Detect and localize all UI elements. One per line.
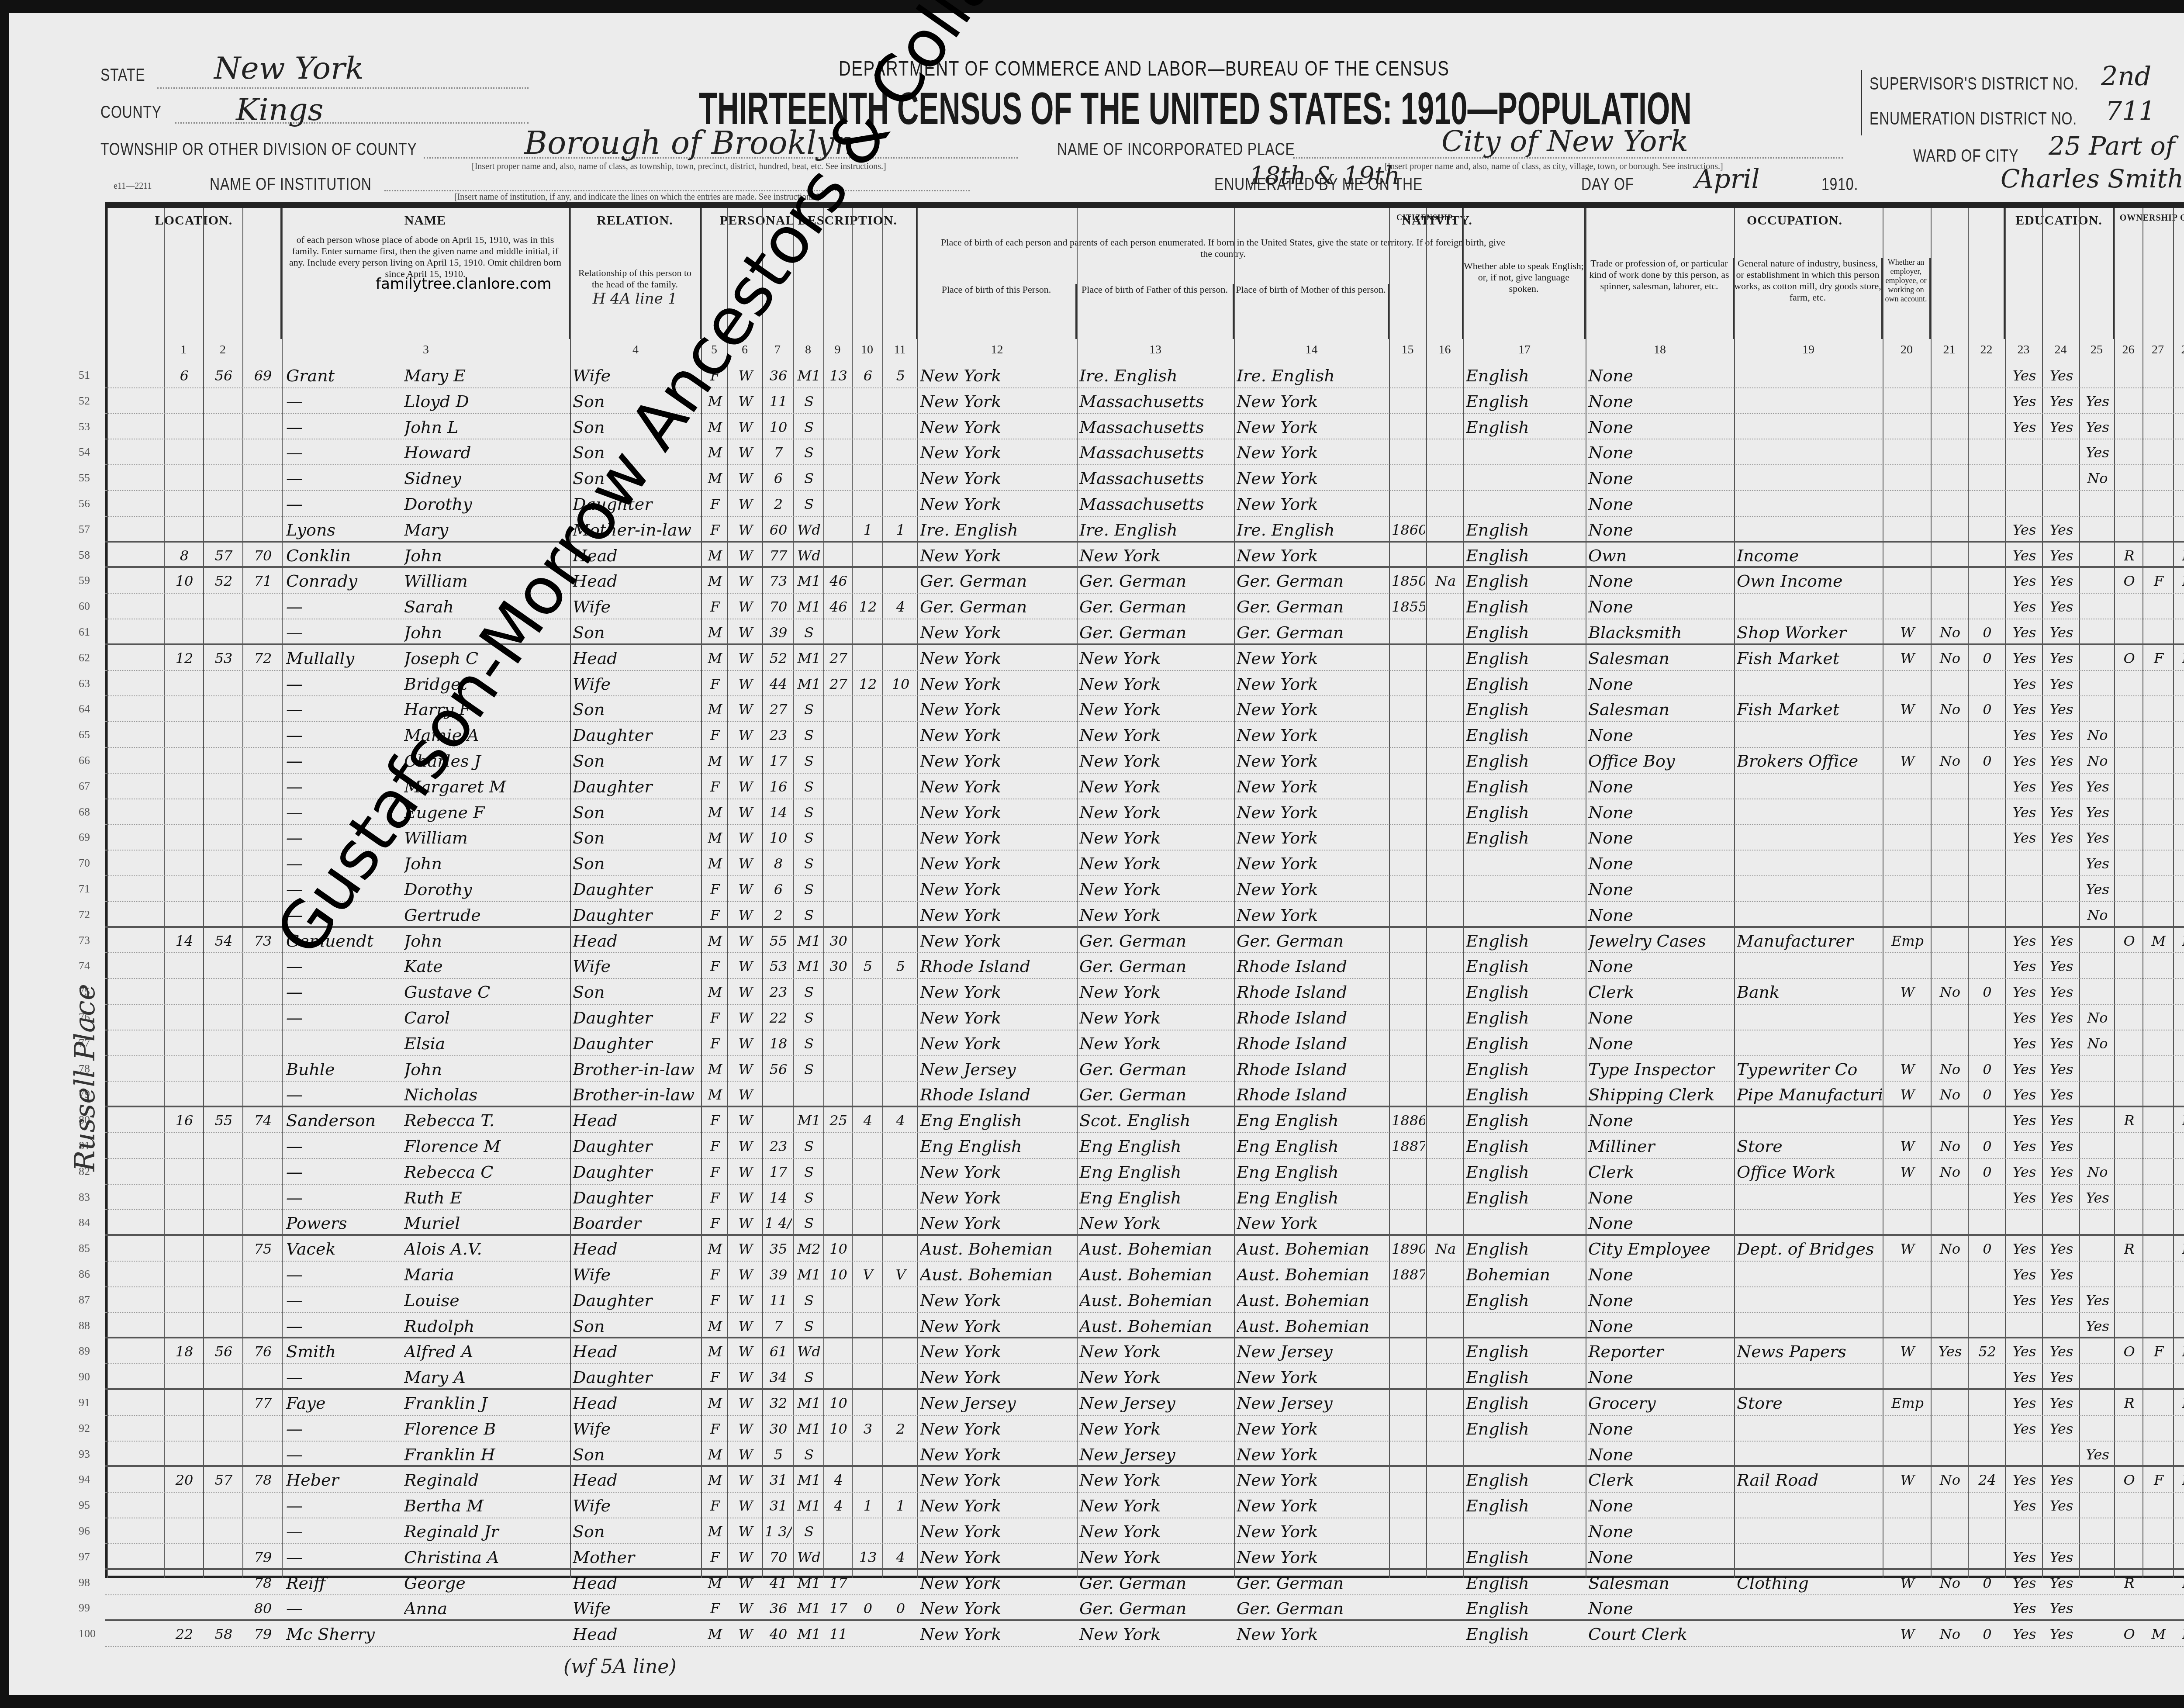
years-married-cell — [826, 544, 851, 567]
immig-cell — [1392, 1418, 1425, 1440]
born-cell: 5 — [854, 955, 881, 978]
house-cell — [166, 826, 202, 849]
farm-cell — [2176, 441, 2184, 464]
line-number: 98 — [79, 1576, 90, 1589]
own-cell — [2117, 878, 2142, 901]
column-number: 14 — [1234, 343, 1389, 357]
pob-father-cell: New York — [1079, 1418, 1233, 1440]
marital-cell: S — [795, 981, 822, 1003]
free-cell — [2145, 1083, 2172, 1106]
surname-cell: — — [286, 981, 400, 1003]
write-cell — [2045, 1212, 2078, 1234]
pob-mother-cell: New York — [1237, 1469, 1388, 1491]
pob-mother-cell: New York — [1237, 801, 1388, 824]
industry-cell: News Papers — [1737, 1340, 1882, 1363]
immig-cell — [1392, 904, 1425, 927]
school-cell — [2082, 493, 2113, 515]
table-row: 7171—DorothyDaughterFW6SNew YorkNew York… — [105, 876, 2184, 902]
family-cell — [245, 390, 281, 413]
age-cell: 2 — [765, 904, 792, 927]
read-cell: Yes — [2008, 1392, 2041, 1414]
trade-cell: Office Boy — [1588, 750, 1733, 772]
family-cell — [245, 1058, 281, 1081]
house-cell — [166, 750, 202, 772]
trade-cell: None — [1588, 1520, 1733, 1543]
trade-cell: None — [1588, 852, 1733, 875]
house-cell: 16 — [166, 1109, 202, 1132]
school-cell — [2082, 1623, 2113, 1646]
years-married-cell: 10 — [826, 1263, 851, 1286]
family-cell: 72 — [245, 647, 281, 670]
pob-cell: Rhode Island — [920, 955, 1076, 978]
pob-father-cell: Ger. German — [1079, 621, 1233, 644]
given-name-cell: Alfred A — [404, 1340, 566, 1363]
born-cell: 13 — [854, 1546, 881, 1569]
read-cell: Yes — [2008, 1469, 2041, 1491]
out-cell: No — [1933, 981, 1967, 1003]
write-cell: Yes — [2045, 826, 2078, 849]
family-cell — [245, 1520, 281, 1543]
surname-cell: Powers — [286, 1212, 400, 1234]
living-cell — [885, 1315, 916, 1338]
living-cell — [885, 981, 916, 1003]
sex-cell: F — [704, 1135, 726, 1158]
family-cell — [245, 826, 281, 849]
sex-cell: F — [704, 1109, 726, 1132]
marital-cell: M1 — [795, 1392, 822, 1414]
free-cell — [2145, 390, 2172, 413]
language-cell: English — [1466, 1006, 1585, 1029]
born-cell — [854, 1161, 881, 1183]
marital-cell: S — [795, 390, 822, 413]
industry-cell: Fish Market — [1737, 647, 1882, 670]
read-cell: Yes — [2008, 1109, 2041, 1132]
house-cell — [166, 1058, 202, 1081]
family-cell — [245, 852, 281, 875]
family-cell — [245, 955, 281, 978]
farm-cell — [2176, 1263, 2184, 1286]
table-row: 9393—Franklin HSonMW5SNew YorkNew Jersey… — [105, 1442, 2184, 1467]
ward-value: 25 Part of — [2049, 131, 2175, 161]
pob-father-cell: New York — [1079, 1469, 1233, 1491]
house-cell — [166, 1520, 202, 1543]
surname-cell — [286, 1032, 400, 1055]
trade-cell: None — [1588, 416, 1733, 439]
own-cell — [2117, 1597, 2142, 1620]
free-cell — [2145, 519, 2172, 541]
read-cell — [2008, 1212, 2041, 1234]
race-cell: W — [730, 416, 761, 439]
given-name-cell: Dorothy — [404, 493, 566, 515]
line-number: 51 — [79, 369, 90, 382]
race-cell: W — [730, 647, 761, 670]
pob-father-cell: Aust. Bohemian — [1079, 1315, 1233, 1338]
language-cell — [1466, 1520, 1585, 1543]
free-cell — [2145, 1572, 2172, 1594]
age-cell: 32 — [765, 1392, 792, 1414]
read-cell: Yes — [2008, 1263, 2041, 1286]
living-cell: 10 — [885, 673, 916, 695]
line-number: 61 — [79, 626, 90, 639]
weeks-cell: 24 — [1970, 1469, 2004, 1491]
emp-cell: W — [1885, 1572, 1930, 1594]
emp-cell — [1885, 416, 1930, 439]
house-cell: 14 — [166, 930, 202, 952]
given-name-cell: Reginald Jr — [404, 1520, 566, 1543]
pob-cell: New York — [920, 1186, 1076, 1209]
years-married-cell: 27 — [826, 673, 851, 695]
surname-cell: — — [286, 1083, 400, 1106]
weeks-cell — [1970, 1186, 2004, 1209]
race-cell: W — [730, 1212, 761, 1234]
race-cell: W — [730, 1109, 761, 1132]
school-cell: Yes — [2082, 826, 2113, 849]
weeks-cell: 0 — [1970, 1083, 2004, 1106]
write-cell — [2045, 1315, 2078, 1338]
family-cell — [245, 416, 281, 439]
employer-head: Whether an employer, employee, or workin… — [1883, 258, 1931, 339]
read-cell: Yes — [2008, 1340, 2041, 1363]
dwelling-cell: 56 — [206, 364, 242, 387]
school-cell — [2082, 1469, 2113, 1491]
read-cell — [2008, 441, 2041, 464]
language-cell: English — [1466, 544, 1585, 567]
emp-cell — [1885, 441, 1930, 464]
farm-cell — [2176, 1289, 2184, 1312]
emp-cell: W — [1885, 1340, 1930, 1363]
relation-cell: Wife — [573, 1263, 700, 1286]
pob-father-cell: New York — [1079, 801, 1233, 824]
house-cell — [166, 1006, 202, 1029]
read-cell: Yes — [2008, 1135, 2041, 1158]
natz-cell — [1429, 775, 1462, 798]
read-cell: Yes — [2008, 1546, 2041, 1569]
house-cell — [166, 698, 202, 721]
weeks-cell — [1970, 1443, 2004, 1466]
marital-cell: S — [795, 724, 822, 747]
write-cell: Yes — [2045, 1161, 2078, 1183]
weeks-cell: 52 — [1970, 1340, 2004, 1363]
emp-cell — [1885, 1494, 1930, 1517]
line-number: 84 — [79, 1216, 90, 1229]
race-cell: W — [730, 441, 761, 464]
table-row: 989878ReiffGeorgeHeadMW41M117New YorkGer… — [105, 1570, 2184, 1596]
relation-cell: Brother-in-law — [573, 1058, 700, 1081]
industry-cell: Brokers Office — [1737, 750, 1882, 772]
relation-cell: Daughter — [573, 1289, 700, 1312]
table-row: 515165669GrantMary EWifeFW36M11365New Yo… — [105, 363, 2184, 388]
sex-cell: F — [704, 904, 726, 927]
given-name-cell: Muriel — [404, 1212, 566, 1234]
own-cell: O — [2117, 570, 2142, 592]
school-cell: Yes — [2082, 878, 2113, 901]
pob-father-cell: Ger. German — [1079, 595, 1233, 618]
years-married-cell — [826, 1058, 851, 1081]
free-cell — [2145, 467, 2172, 490]
house-cell — [166, 1572, 202, 1594]
free-cell — [2145, 364, 2172, 387]
pob-mother-cell: Aust. Bohemian — [1237, 1289, 1388, 1312]
years-married-cell — [826, 1161, 851, 1183]
family-cell — [245, 1494, 281, 1517]
weeks-cell: 0 — [1970, 1572, 2004, 1594]
age-cell: 2 — [765, 493, 792, 515]
given-name-cell: Franklin H — [404, 1443, 566, 1466]
born-cell — [854, 1238, 881, 1260]
years-married-cell: 30 — [826, 955, 851, 978]
sex-cell: F — [704, 1494, 726, 1517]
own-cell: O — [2117, 930, 2142, 952]
pob-mother-cell: New York — [1237, 904, 1388, 927]
dwelling-cell: 58 — [206, 1623, 242, 1646]
family-cell: 79 — [245, 1546, 281, 1569]
own-cell — [2117, 750, 2142, 772]
line-number: 95 — [79, 1499, 90, 1512]
house-cell — [166, 1238, 202, 1260]
free-cell — [2145, 1443, 2172, 1466]
weeks-cell: 0 — [1970, 621, 2004, 644]
natz-cell — [1429, 1597, 1462, 1620]
relation-cell: Head — [573, 1109, 700, 1132]
natz-cell — [1429, 801, 1462, 824]
school-cell — [2082, 1212, 2113, 1234]
institution-hint: [Insert name of institution, if any, and… — [454, 192, 819, 202]
read-cell: Yes — [2008, 1418, 2041, 1440]
given-name-cell: Gustave C — [404, 981, 566, 1003]
dwelling-cell — [206, 981, 242, 1003]
house-cell — [166, 955, 202, 978]
age-cell: 55 — [765, 930, 792, 952]
years-married-cell — [826, 1289, 851, 1312]
school-cell — [2082, 673, 2113, 695]
years-married-cell: 25 — [826, 1109, 851, 1132]
race-cell: W — [730, 826, 761, 849]
living-cell — [885, 647, 916, 670]
trade-cell: None — [1588, 801, 1733, 824]
weeks-cell — [1970, 1597, 2004, 1620]
surname-cell: — — [286, 1315, 400, 1338]
pob-father-cell: Massachusetts — [1079, 467, 1233, 490]
out-cell — [1933, 878, 1967, 901]
write-cell — [2045, 441, 2078, 464]
dwelling-cell — [206, 1315, 242, 1338]
read-cell: Yes — [2008, 775, 2041, 798]
own-cell — [2117, 852, 2142, 875]
pob-father-cell: New York — [1079, 1340, 1233, 1363]
read-cell — [2008, 1443, 2041, 1466]
relation-cell: Son — [573, 826, 700, 849]
sex-cell: M — [704, 467, 726, 490]
read-cell: Yes — [2008, 1006, 2041, 1029]
out-cell — [1933, 1109, 1967, 1132]
write-cell — [2045, 467, 2078, 490]
family-cell — [245, 1135, 281, 1158]
marital-cell: Wd — [795, 1546, 822, 1569]
line-number: 93 — [79, 1448, 90, 1461]
dwelling-cell — [206, 801, 242, 824]
pob-mother-cell: New York — [1237, 1366, 1388, 1389]
born-cell — [854, 1469, 881, 1491]
immig-cell — [1392, 1443, 1425, 1466]
living-cell — [885, 1212, 916, 1234]
surname-cell: Conklin — [286, 544, 400, 567]
read-cell: Yes — [2008, 570, 2041, 592]
given-name-cell: Rebecca T. — [404, 1109, 566, 1132]
column-number: 25 — [2079, 343, 2114, 357]
farm-cell: H — [2176, 1469, 2184, 1491]
relation-cell: Wife — [573, 1494, 700, 1517]
age-cell: 31 — [765, 1469, 792, 1491]
sex-cell: M — [704, 981, 726, 1003]
own-cell — [2117, 467, 2142, 490]
table-row: 7777ElsiaDaughterFW18SNew YorkNew YorkRh… — [105, 1030, 2184, 1056]
read-cell — [2008, 904, 2041, 927]
born-cell: 1 — [854, 1494, 881, 1517]
given-name-cell: Franklin J — [404, 1392, 566, 1414]
relation-cell: Daughter — [573, 1032, 700, 1055]
emp-cell — [1885, 1212, 1930, 1234]
read-cell: Yes — [2008, 390, 2041, 413]
immig-cell — [1392, 1315, 1425, 1338]
emp-cell: W — [1885, 1161, 1930, 1183]
write-cell: Yes — [2045, 1392, 2078, 1414]
incorporated-place-label: Name of incorporated place — [1057, 140, 1295, 159]
table-row: 5353—John LSonMW10SNew YorkMassachusetts… — [105, 414, 2184, 440]
own-cell — [2117, 1058, 2142, 1081]
farm-cell — [2176, 1418, 2184, 1440]
school-cell — [2082, 698, 2113, 721]
column-number: 12 — [917, 343, 1077, 357]
group-relation: RELATION. — [570, 208, 700, 228]
write-cell: Yes — [2045, 1289, 2078, 1312]
born-cell — [854, 1058, 881, 1081]
line-number: 63 — [79, 677, 90, 690]
form-code: e11—2211 — [114, 181, 152, 191]
relation-cell: Wife — [573, 673, 700, 695]
born-cell — [854, 1366, 881, 1389]
marital-cell: S — [795, 1161, 822, 1183]
line-number: 92 — [79, 1422, 90, 1435]
weeks-cell — [1970, 852, 2004, 875]
pob-father-cell: Eng English — [1079, 1161, 1233, 1183]
relation-cell: Head — [573, 930, 700, 952]
school-cell: Yes — [2082, 801, 2113, 824]
state-value: New York — [214, 50, 364, 86]
house-cell — [166, 1289, 202, 1312]
farm-cell — [2176, 981, 2184, 1003]
pob-father-cell: New York — [1079, 673, 1233, 695]
living-cell — [885, 1006, 916, 1029]
race-cell: W — [730, 775, 761, 798]
natz-cell — [1429, 1006, 1462, 1029]
farm-cell — [2176, 1443, 2184, 1466]
pob-mother-cell: New York — [1237, 878, 1388, 901]
relation-cell: Head — [573, 1469, 700, 1491]
given-name-cell: Alois A.V. — [404, 1238, 566, 1260]
supervisor-district-label: Supervisor's District No. — [1870, 74, 2078, 94]
out-cell — [1933, 390, 1967, 413]
dwelling-cell — [206, 1443, 242, 1466]
weeks-cell — [1970, 1520, 2004, 1543]
natz-cell — [1429, 981, 1462, 1003]
age-cell: 27 — [765, 698, 792, 721]
pob-cell: New York — [920, 1572, 1076, 1594]
years-married-cell — [826, 750, 851, 772]
language-cell: English — [1466, 1032, 1585, 1055]
dwelling-cell — [206, 1135, 242, 1158]
house-cell — [166, 1135, 202, 1158]
born-cell — [854, 1623, 881, 1646]
relation-cell: Son — [573, 750, 700, 772]
given-name-cell: Gertrude — [404, 904, 566, 927]
out-cell — [1933, 1494, 1967, 1517]
line-number: 71 — [79, 882, 90, 895]
family-cell — [245, 621, 281, 644]
natz-cell — [1429, 1058, 1462, 1081]
age-cell — [765, 1109, 792, 1132]
own-cell — [2117, 595, 2142, 618]
age-cell: 61 — [765, 1340, 792, 1363]
pob-cell: New York — [920, 750, 1076, 772]
farm-cell — [2176, 1058, 2184, 1081]
immig-cell — [1392, 1392, 1425, 1414]
emp-cell: W — [1885, 981, 1930, 1003]
given-name-cell: Bertha M — [404, 1494, 566, 1517]
out-cell — [1933, 930, 1967, 952]
immig-cell — [1392, 1212, 1425, 1234]
emp-cell — [1885, 570, 1930, 592]
free-cell — [2145, 955, 2172, 978]
living-cell: 4 — [885, 595, 916, 618]
weeks-cell — [1970, 1315, 2004, 1338]
dwelling-cell: 52 — [206, 570, 242, 592]
surname-cell: — — [286, 673, 400, 695]
trade-cell: None — [1588, 493, 1733, 515]
sex-cell: F — [704, 724, 726, 747]
family-cell — [245, 441, 281, 464]
natz-cell: Na — [1429, 570, 1462, 592]
industry-cell — [1737, 1443, 1882, 1466]
pob-father-cell: New York — [1079, 1006, 1233, 1029]
industry-cell — [1737, 1032, 1882, 1055]
age-cell: 10 — [765, 826, 792, 849]
industry-cell — [1737, 904, 1882, 927]
age-cell: 39 — [765, 621, 792, 644]
language-cell — [1466, 493, 1585, 515]
trade-cell: None — [1588, 826, 1733, 849]
years-married-cell — [826, 826, 851, 849]
trade-cell: Jewelry Cases — [1588, 930, 1733, 952]
read-cell: Yes — [2008, 1186, 2041, 1209]
industry-cell — [1737, 1109, 1882, 1132]
family-cell — [245, 724, 281, 747]
column-number: 18 — [1586, 343, 1734, 357]
line-number: 90 — [79, 1370, 90, 1383]
pob-cell: New York — [920, 826, 1076, 849]
natz-cell — [1429, 1366, 1462, 1389]
trade-cell: None — [1588, 570, 1733, 592]
born-cell — [854, 544, 881, 567]
relation-cell: Wife — [573, 955, 700, 978]
dwelling-cell: 57 — [206, 1469, 242, 1491]
pob-mother-cell: Ger. German — [1237, 930, 1388, 952]
write-cell: Yes — [2045, 1469, 2078, 1491]
natz-cell — [1429, 1289, 1462, 1312]
language-cell: English — [1466, 1572, 1585, 1594]
language-cell — [1466, 1315, 1585, 1338]
house-cell — [166, 621, 202, 644]
dwelling-cell — [206, 416, 242, 439]
